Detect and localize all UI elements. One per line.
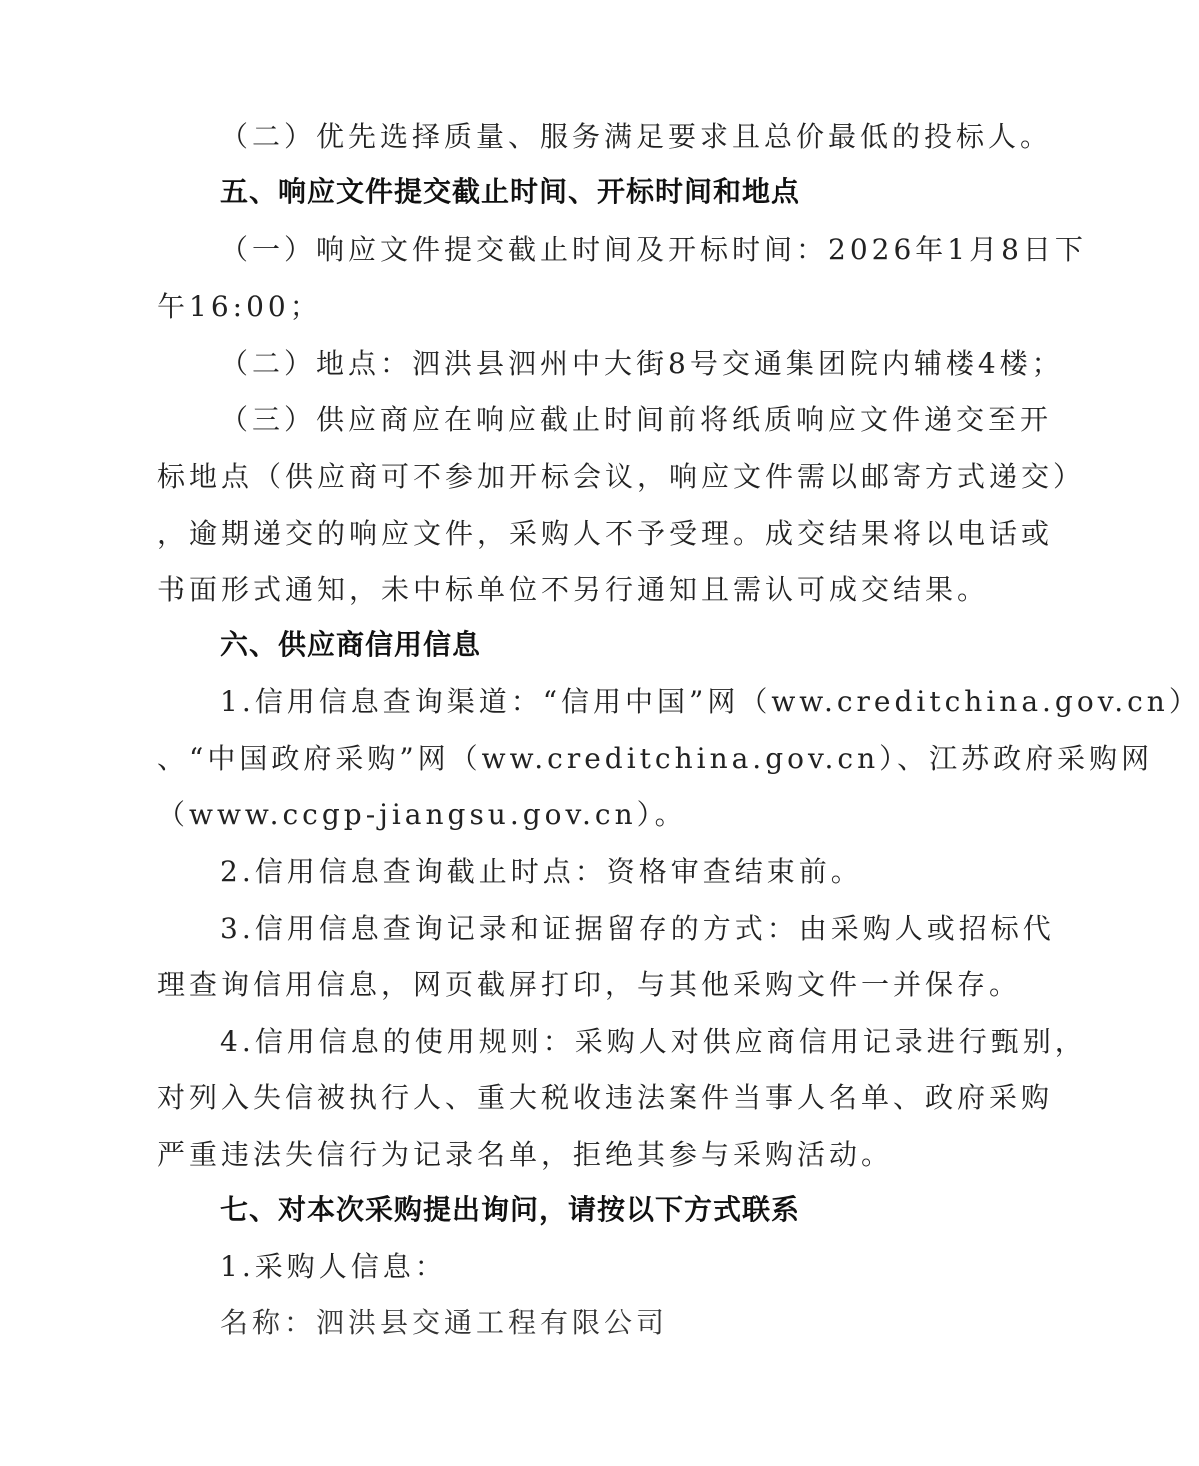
document-page: （二）优先选择质量、服务满足要求且总价最低的投标人。 五、响应文件提交截止时间、…: [0, 0, 1199, 1466]
credit-deadline-line: 2.信用信息查询截止时点：资格审查结束前。: [220, 852, 1047, 892]
credit-record-line: 3.信用信息查询记录和证据留存的方式：由采购人或招标代: [220, 909, 1047, 949]
criteria-line-2: （二）优先选择质量、服务满足要求且总价最低的投标人。: [220, 117, 1047, 157]
purchaser-name: 名称：泗洪县交通工程有限公司: [220, 1303, 1047, 1343]
deadline-line: （一）响应文件提交截止时间及开标时间：2026年1月8日下: [220, 230, 1047, 270]
section-7-heading: 七、对本次采购提出询问，请按以下方式联系: [220, 1190, 1047, 1230]
location-line: （二）地点：泗洪县泗州中大街8号交通集团院内辅楼4楼；: [220, 344, 1047, 384]
submission-line-cont-3: 书面形式通知，未中标单位不另行通知且需认可成交结果。: [157, 570, 1047, 610]
purchaser-info-label: 1.采购人信息：: [220, 1247, 1047, 1287]
submission-line-cont-1: 标地点（供应商可不参加开标会议，响应文件需以邮寄方式递交）: [157, 457, 1047, 497]
section-6-heading: 六、供应商信用信息: [220, 625, 1047, 665]
credit-rule-line-cont-2: 严重违法失信行为记录名单，拒绝其参与采购活动。: [157, 1135, 1047, 1175]
credit-channel-line-cont-1: 、“中国政府采购”网（ww.creditchina.gov.cn）、江苏政府采购…: [157, 739, 1047, 779]
submission-line: （三）供应商应在响应截止时间前将纸质响应文件递交至开: [220, 400, 1047, 440]
submission-line-cont-2: ，逾期递交的响应文件，采购人不予受理。成交结果将以电话或: [157, 514, 1047, 554]
section-5-heading: 五、响应文件提交截止时间、开标时间和地点: [220, 172, 1047, 212]
deadline-line-cont: 午16:00；: [157, 287, 1047, 327]
credit-rule-line-cont-1: 对列入失信被执行人、重大税收违法案件当事人名单、政府采购: [157, 1078, 1047, 1118]
credit-channel-line: 1.信用信息查询渠道：“信用中国”网（ww.creditchina.gov.cn…: [220, 682, 1047, 722]
credit-record-line-cont: 理查询信用信息，网页截屏打印，与其他采购文件一并保存。: [157, 965, 1047, 1005]
credit-channel-line-cont-2: （www.ccgp-jiangsu.gov.cn）。: [157, 795, 1047, 835]
credit-rule-line: 4.信用信息的使用规则：采购人对供应商信用记录进行甄别，: [220, 1022, 1047, 1062]
